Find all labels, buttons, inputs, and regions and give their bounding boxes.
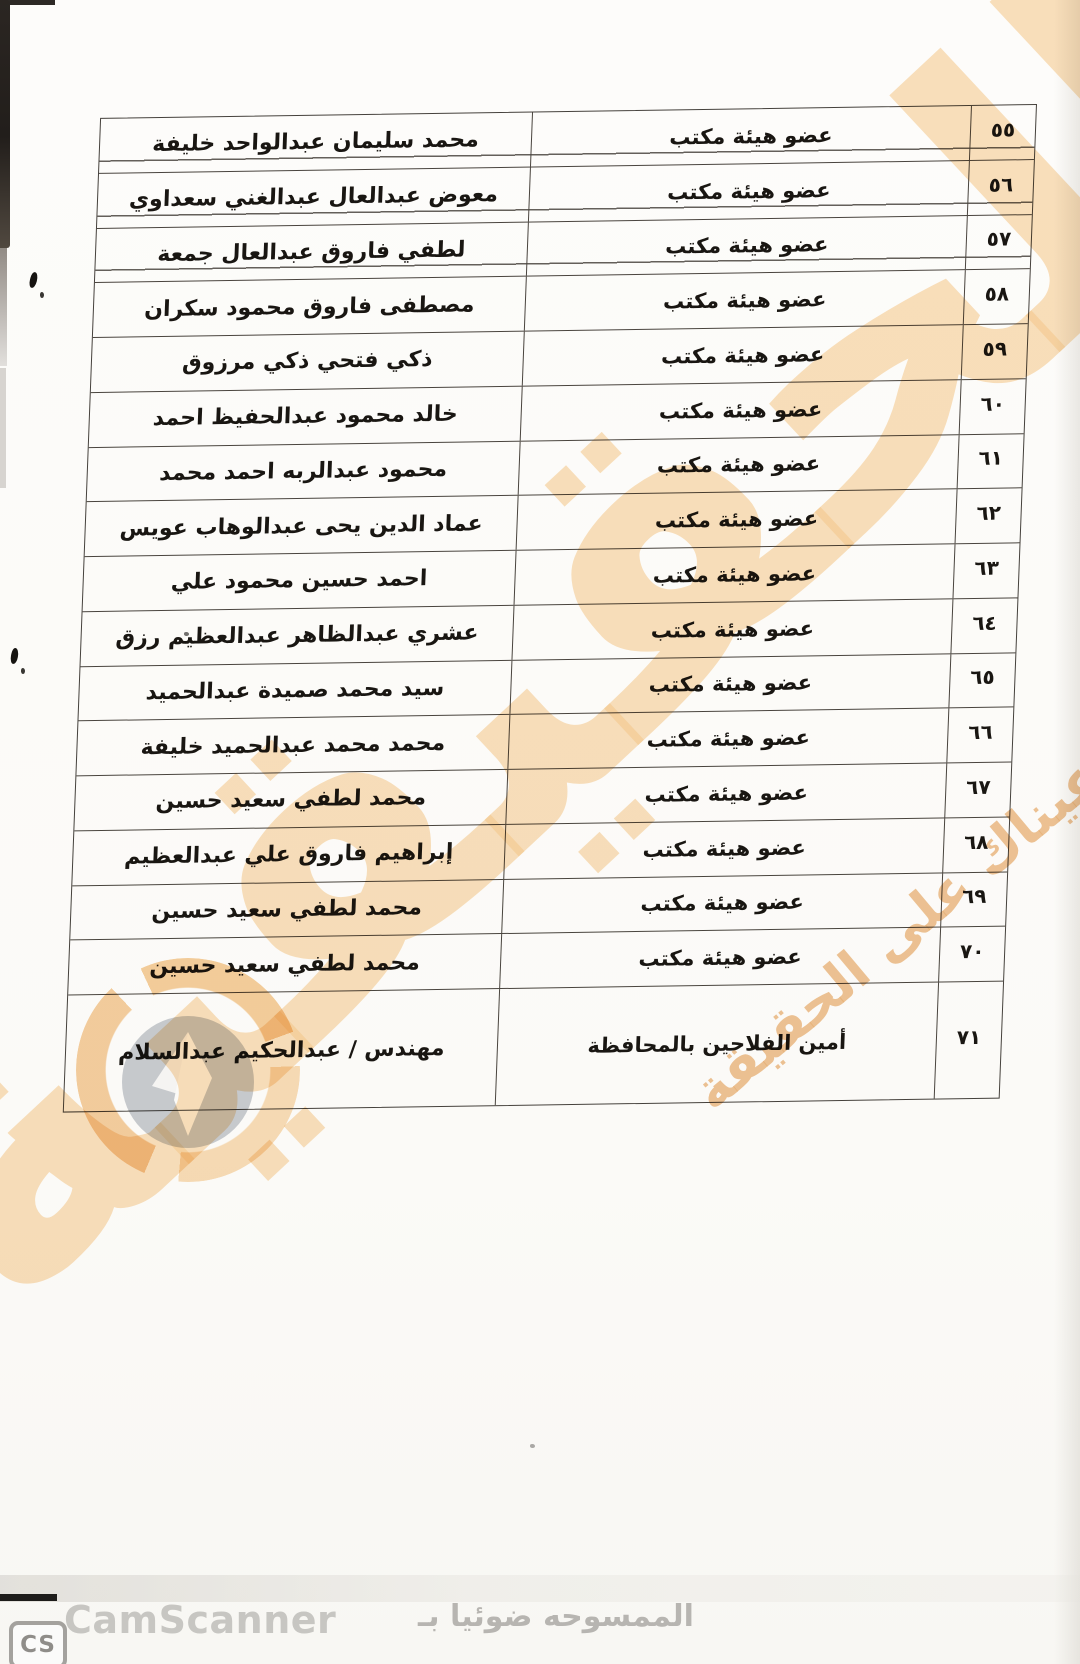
camscanner-brand-text: CamScanner	[64, 1598, 336, 1642]
scan-edge-mark	[7, 0, 55, 5]
member-name: ذكي فتحي ذكي مرزوق	[91, 332, 524, 392]
member-role: أمين الفلاحين بالمحافظة	[495, 983, 938, 1106]
member-role: عضو هيئة مكتب	[507, 709, 948, 769]
member-name: سيد محمد صميدة عبدالحميد	[78, 660, 511, 720]
table-row: مهندس / عبدالحكيم عبدالسلام أمين الفلاحي…	[64, 982, 1003, 1112]
member-number: ٦٧	[944, 762, 1011, 817]
scan-edge-strip	[0, 0, 10, 248]
member-name: محمود عبدالربه احمد محمد	[87, 441, 520, 501]
ink-mark	[28, 271, 39, 288]
member-role: عضو هيئة مكتب	[511, 599, 952, 659]
scanned-document-page: محمد سليمان عبدالواحد خليفة عضو هيئة مكت…	[0, 0, 1080, 1664]
member-number: ٦٢	[955, 489, 1022, 544]
camscanner-badge-icon: CS	[9, 1621, 67, 1664]
member-name: احمد حسين محمود علي	[83, 551, 516, 611]
member-role: عضو هيئة مكتب	[501, 873, 942, 933]
ink-mark	[21, 668, 25, 674]
member-number: ٦٦	[946, 708, 1013, 763]
member-number: ٥٥	[969, 105, 1036, 160]
member-role: عضو هيئة مكتب	[505, 763, 946, 823]
member-name: لطفي فاروق عبدالعال جمعة	[95, 222, 528, 282]
member-number: ٦٠	[959, 379, 1026, 434]
member-name: عشري عبدالظاهر عبدالعظيم رزق	[81, 606, 514, 666]
member-name: محمد سليمان عبدالواحد خليفة	[99, 112, 532, 172]
member-role: عضو هيئة مكتب	[509, 654, 950, 714]
ink-mark	[184, 632, 189, 636]
ink-mark	[10, 648, 20, 665]
member-role: عضو هيئة مكتب	[530, 106, 971, 166]
member-number: ٥٧	[965, 215, 1032, 270]
ink-mark	[40, 292, 44, 298]
member-role: عضو هيئة مكتب	[499, 928, 940, 988]
member-name: إبراهيم فاروق علي عبدالعظيم	[72, 825, 505, 885]
member-role: عضو هيئة مكتب	[526, 216, 967, 276]
members-table: محمد سليمان عبدالواحد خليفة عضو هيئة مكت…	[63, 104, 1037, 1113]
member-number: ٥٦	[967, 160, 1034, 215]
member-role: عضو هيئة مكتب	[518, 435, 959, 495]
member-role: عضو هيئة مكتب	[524, 270, 965, 330]
member-name: خالد محمود عبدالحفيظ احمد	[89, 386, 522, 446]
member-role: عضو هيئة مكتب	[520, 380, 961, 440]
scan-edge-strip	[0, 248, 7, 366]
member-number: ٦٩	[940, 872, 1007, 927]
member-name: معوض عبدالعال عبدالغني سعداوي	[97, 167, 530, 227]
member-name: محمد لطفي سعيد حسين	[74, 770, 507, 830]
member-number: ٦٣	[952, 543, 1019, 598]
member-number: ٦١	[957, 434, 1024, 489]
member-number: ٦٨	[942, 817, 1009, 872]
member-name: محمد لطفي سعيد حسين	[68, 934, 501, 994]
member-role: عضو هيئة مكتب	[522, 325, 963, 385]
member-number: ٦٥	[948, 653, 1015, 708]
member-role: عضو هيئة مكتب	[528, 161, 969, 221]
member-role: عضو هيئة مكتب	[516, 489, 957, 549]
member-role: عضو هيئة مكتب	[514, 544, 955, 604]
member-number: ٧١	[934, 982, 1003, 1099]
scan-edge-line	[0, 1594, 57, 1601]
member-number: ٥٩	[961, 324, 1028, 379]
member-number: ٥٨	[963, 269, 1030, 324]
member-role: عضو هيئة مكتب	[503, 818, 944, 878]
ink-mark	[530, 1444, 535, 1448]
member-name: مهندس / عبدالحكيم عبدالسلام	[64, 989, 499, 1111]
member-name: عماد الدين يحى عبدالوهاب عويس	[85, 496, 518, 556]
member-number: ٧٠	[938, 927, 1005, 982]
scanned-with-text: الممسوحه ضوئيا بـ	[418, 1599, 694, 1634]
member-name: محمد محمد عبدالحميد خليفة	[76, 715, 509, 775]
member-name: مصطفى فاروق محمود سكران	[93, 277, 526, 337]
member-number: ٦٤	[950, 598, 1017, 653]
scan-edge-smudge	[0, 368, 6, 488]
member-name: محمد لطفي سعيد حسين	[70, 880, 503, 940]
